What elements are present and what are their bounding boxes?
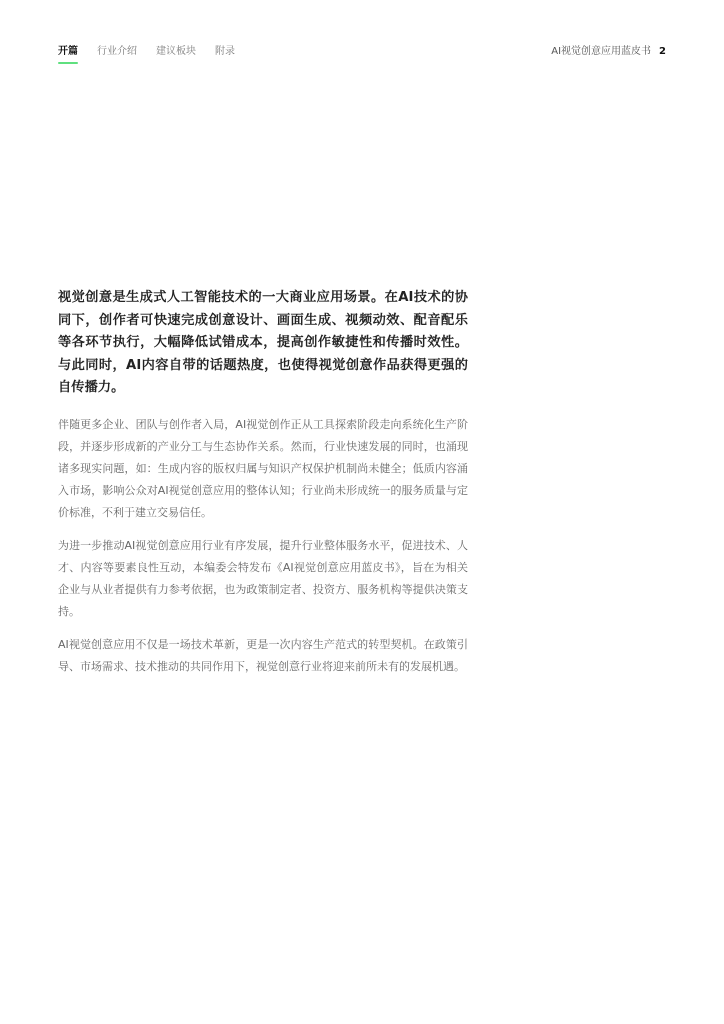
page-number: 2 (659, 44, 666, 60)
lead-paragraph: 视觉创意是生成式人工智能技术的一大商业应用场景。在AI技术的协同下，创作者可快速… (58, 287, 468, 400)
section-nav: 开篇 行业介绍 建议板块 附录 (58, 44, 254, 60)
nav-item-opening[interactable]: 开篇 (58, 44, 78, 60)
page-header: 开篇 行业介绍 建议板块 附录 AI视觉创意应用蓝皮书 2 (58, 44, 666, 68)
main-content: 视觉创意是生成式人工智能技术的一大商业应用场景。在AI技术的协同下，创作者可快速… (58, 287, 468, 689)
nav-item-industry-intro[interactable]: 行业介绍 (97, 44, 137, 60)
body-paragraph-2: 为进一步推动AI视觉创意应用行业有序发展，提升行业整体服务水平，促进技术、人才、… (58, 535, 468, 623)
body-paragraph-1: 伴随更多企业、团队与创作者入局，AI视觉创作正从工具探索阶段走向系统化生产阶段，… (58, 414, 468, 524)
nav-item-appendix[interactable]: 附录 (215, 44, 235, 60)
document-title: AI视觉创意应用蓝皮书 (551, 44, 651, 60)
nav-item-suggestions[interactable]: 建议板块 (156, 44, 196, 60)
body-paragraph-3: AI视觉创意应用不仅是一场技术革新，更是一次内容生产范式的转型契机。在政策引导、… (58, 634, 468, 678)
document-title-block: AI视觉创意应用蓝皮书 2 (551, 44, 666, 60)
